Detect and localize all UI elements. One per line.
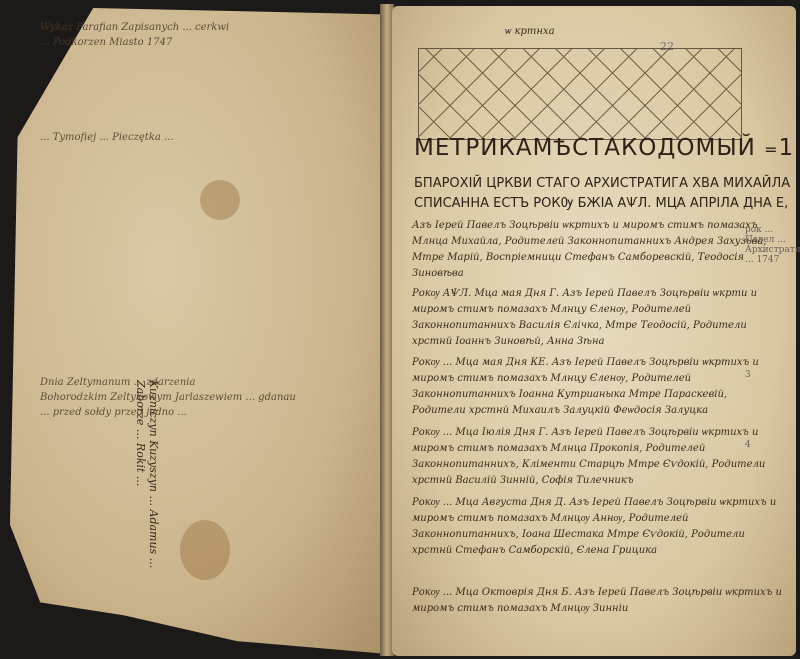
left-signature: ... Tymofiej ... Pieczętka ... [40, 130, 370, 145]
left-vertical-text: Kuzniczyn Kuzyszyn ... Adamus ... Zaborz… [134, 380, 160, 600]
register-entry: Рокѹ ... Мца Іюлія Дня Г. Азъ Іерей Паве… [412, 425, 784, 489]
subtitle-line-1: БПАРОХІЙ ЦРКВИ СТАГО АРХИСТРАТИГА ХВА МИ… [414, 176, 790, 191]
margin-note: рок ... Павел ... Архистратига ... 1747 [745, 225, 793, 265]
left-line: ... Podkorzen Miasto 1747 [40, 35, 370, 50]
margin-note: 3 [745, 370, 793, 380]
left-line: ... przed sołdy przed jedno ... [40, 405, 370, 420]
page-title: МЕТРИКАМѢСТАКОДОМЫЙ =1 [414, 135, 794, 161]
left-line: Dnia Zeltymanum ... zdarzenia [40, 375, 370, 390]
ornamental-header-band [418, 48, 742, 140]
register-entry: Азъ Іерей Павелъ Зоцѣрвіи ѡкртихъ и миро… [412, 218, 784, 282]
subtitle-line-2: СПИСАННА ЕСТЪ РОКѸ БЖІА АѰЛ. МЦА АПРІЛА … [414, 196, 788, 211]
register-entry: Рокѹ АѰЛ. Мца мая Дня Г. Азъ Іерей Павел… [412, 286, 784, 350]
register-entry: Рокѹ ... Мца Августа Дня Д. Азъ Іерей Па… [412, 495, 784, 559]
left-line: Bohorodzkim Zeltykowym Jarlaszewiem ... … [40, 390, 370, 405]
stain [180, 520, 230, 580]
header-note: ѡ кртнха [505, 26, 555, 37]
margin-note: 4 [745, 440, 793, 450]
left-page-text: Wykaz Parafian Zapisanych ... cerkwi ...… [40, 20, 370, 420]
left-line: Wykaz Parafian Zapisanych ... cerkwi [40, 20, 370, 35]
register-entry: Рокѹ ... Мца мая Дня КЕ. Азъ Іерей Павел… [412, 355, 784, 419]
register-entry: Рокѹ ... Мца Октоврія Дня Б. Азъ Іерей П… [412, 585, 784, 617]
